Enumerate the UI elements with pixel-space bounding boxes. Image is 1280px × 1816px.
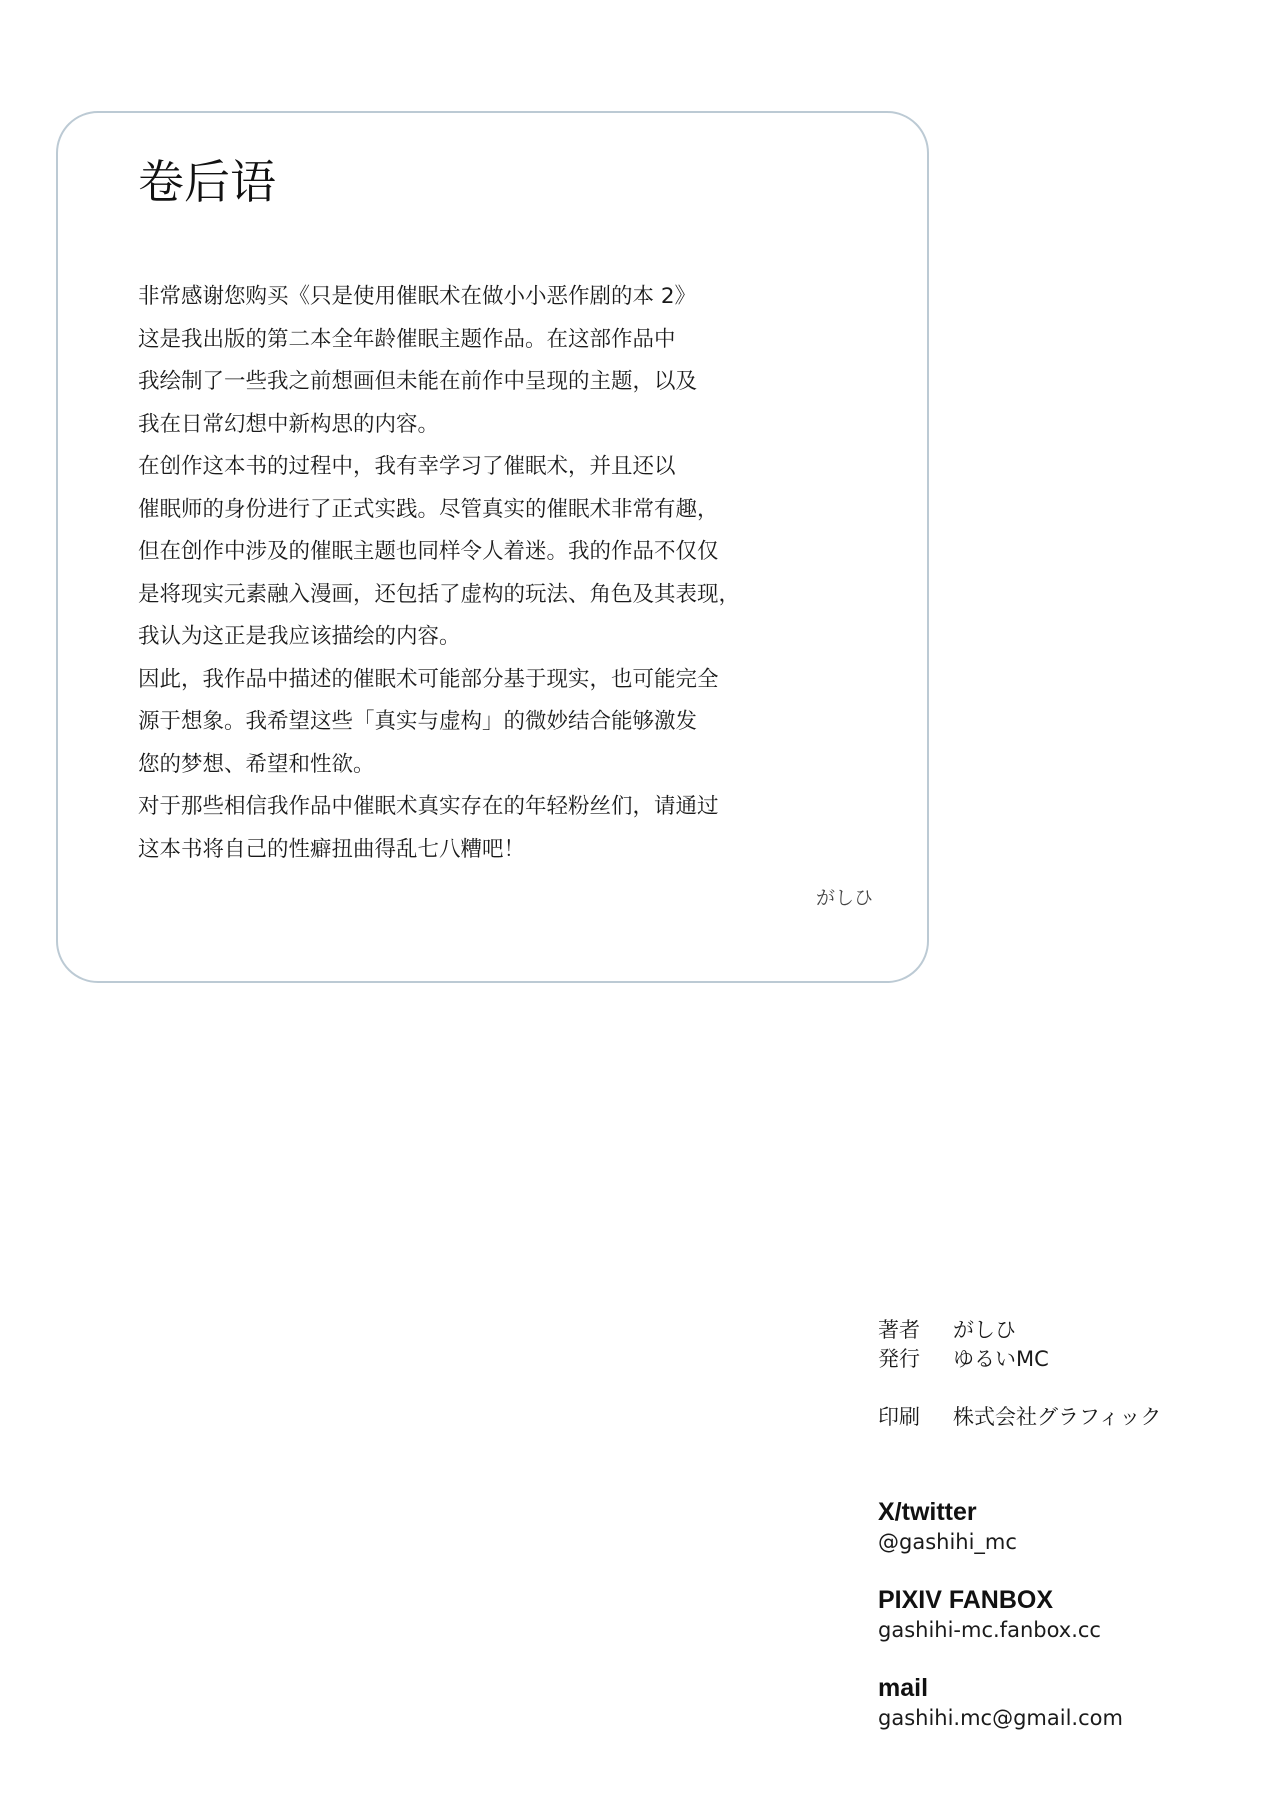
colophon-label: 印刷 [878, 1403, 953, 1432]
contact-label: PIXIV FANBOX [878, 1585, 1123, 1616]
afterword-line: 这本书将自己的性癖扭曲得乱七八糟吧！ [138, 829, 878, 872]
author-signature: がしひ [816, 886, 873, 910]
afterword-line: 您的梦想、希望和性欲。 [138, 744, 878, 787]
afterword-line: 因此，我作品中描述的催眠术可能部分基于现实，也可能完全 [138, 659, 878, 702]
colophon-row-printer: 印刷 株式会社グラフィック [878, 1403, 1161, 1432]
twitter-handle[interactable]: @gashihi_mc [878, 1528, 1123, 1556]
afterword-line: 是将现实元素融入漫画，还包括了虚构的玩法、角色及其表现， [138, 574, 878, 617]
afterword-line: 源于想象。我希望这些「真实与虚构」的微妙结合能够激发 [138, 701, 878, 744]
contact-label: X/twitter [878, 1497, 1123, 1528]
colophon-label: 著者 [878, 1316, 953, 1345]
email-address[interactable]: gashihi.mc@gmail.com [878, 1704, 1123, 1732]
colophon-value: ゆるいMC [953, 1345, 1049, 1374]
afterword-body: 非常感谢您购买《只是使用催眠术在做小小恶作剧的本 2》 这是我出版的第二本全年龄… [138, 276, 878, 871]
colophon-value: がしひ [953, 1316, 1016, 1345]
contact-mail: mail gashihi.mc@gmail.com [878, 1673, 1123, 1761]
afterword-line: 但在创作中涉及的催眠主题也同样令人着迷。我的作品不仅仅 [138, 531, 878, 574]
contact-twitter: X/twitter @gashihi_mc [878, 1497, 1123, 1585]
afterword-line: 我认为这正是我应该描绘的内容。 [138, 616, 878, 659]
colophon-label: 発行 [878, 1345, 953, 1374]
afterword-line: 这是我出版的第二本全年龄催眠主题作品。在这部作品中 [138, 319, 878, 362]
afterword-line: 非常感谢您购买《只是使用催眠术在做小小恶作剧的本 2》 [138, 276, 878, 319]
fanbox-url[interactable]: gashihi-mc.fanbox.cc [878, 1616, 1123, 1644]
afterword-line: 在创作这本书的过程中，我有幸学习了催眠术，并且还以 [138, 446, 878, 489]
contact-fanbox: PIXIV FANBOX gashihi-mc.fanbox.cc [878, 1585, 1123, 1673]
afterword-line: 我绘制了一些我之前想画但未能在前作中呈现的主题，以及 [138, 361, 878, 404]
afterword-line: 我在日常幻想中新构思的内容。 [138, 404, 878, 447]
colophon-row-author: 著者 がしひ [878, 1316, 1161, 1345]
afterword-line: 对于那些相信我作品中催眠术真实存在的年轻粉丝们，请通过 [138, 786, 878, 829]
afterword-line: 催眠师的身份进行了正式实践。尽管真实的催眠术非常有趣， [138, 489, 878, 532]
colophon-row-publisher: 発行 ゆるいMC [878, 1345, 1161, 1374]
colophon: 著者 がしひ 発行 ゆるいMC 印刷 株式会社グラフィック [878, 1316, 1161, 1432]
afterword-box: 卷后语 非常感谢您购买《只是使用催眠术在做小小恶作剧的本 2》 这是我出版的第二… [56, 111, 929, 983]
afterword-title: 卷后语 [138, 152, 276, 212]
contact-list: X/twitter @gashihi_mc PIXIV FANBOX gashi… [878, 1497, 1123, 1761]
colophon-value: 株式会社グラフィック [953, 1403, 1161, 1432]
contact-label: mail [878, 1673, 1123, 1704]
